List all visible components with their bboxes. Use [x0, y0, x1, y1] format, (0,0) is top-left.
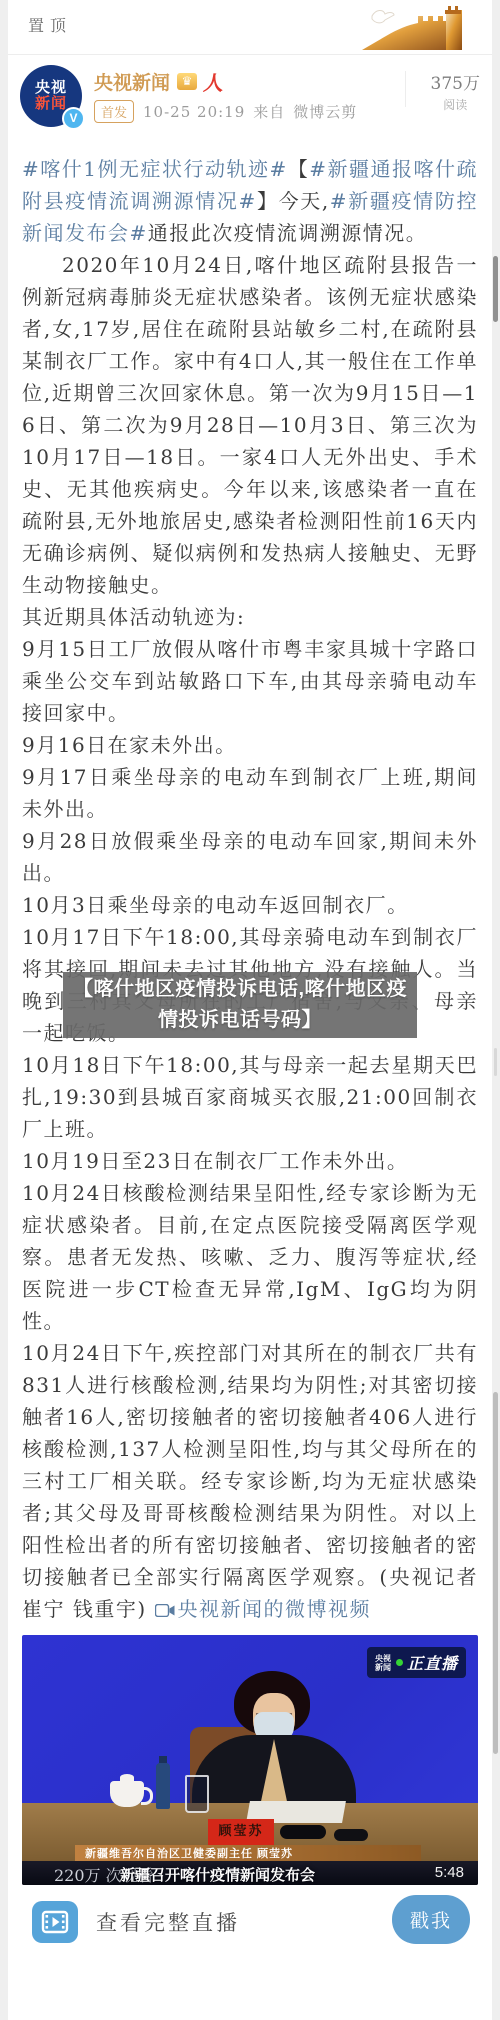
live-label: 正直播 [407, 1651, 458, 1674]
live-brand-line2: 新闻 [375, 1663, 391, 1672]
watermark-overlay: 【喀什地区疫情投诉电话,喀什地区疫情投诉电话号码】 [63, 972, 417, 1038]
film-play-icon [32, 1901, 78, 1943]
post-text-run: 其近期具体活动轨迹为: [22, 605, 245, 629]
post-text-run: 【 [288, 157, 310, 181]
post-text-run: 10月24日核酸检测结果呈阳性,经专家诊断为无症状感染者。目前,在定点医院接受隔… [22, 1181, 478, 1333]
scrollbar-thumb-top[interactable] [493, 256, 498, 322]
weibo-video-link[interactable]: 央视新闻的微博视频 [155, 1597, 372, 1621]
reads-label: 阅读 [431, 96, 480, 113]
pinned-label: 置顶 [28, 13, 72, 36]
post-text-run: 10月3日乘坐母亲的电动车返回制衣厂。 [22, 893, 409, 917]
source-link[interactable]: 微博云剪 [293, 101, 357, 122]
scrollbar-thumb-bottom[interactable] [493, 1392, 498, 1754]
hashtag-link[interactable]: #喀什1例无症状行动轨迹# [22, 157, 288, 181]
source-prefix: 来自 [253, 101, 285, 122]
full-live-row[interactable]: 查看完整直播 戳我 [8, 1885, 492, 1955]
paragraph: 10月24日下午,疾控部门对其所在的制衣厂共有831人进行核酸检测,结果均为阴性… [22, 1337, 478, 1625]
paragraph: 10月3日乘坐母亲的电动车返回制衣厂。 [22, 889, 478, 921]
video-title: 新疆召开喀什疫情新闻发布会 [120, 1864, 315, 1885]
name-placard: 顾莹苏 [208, 1819, 274, 1845]
avatar-text-line2: 新闻 [35, 96, 67, 112]
poke-me-button[interactable]: 戳我 [392, 1895, 470, 1944]
paragraph: 10月19日至23日在制衣厂工作未外出。 [22, 1145, 478, 1177]
reads-divider [405, 71, 406, 107]
post-body: #喀什1例无症状行动轨迹#【#新疆通报喀什疏附县疫情流调溯源情况#】今天,#新疆… [22, 153, 478, 1625]
video-camera-icon [155, 1604, 175, 1617]
post-text-run: 2020年10月24日,喀什地区疏附县报告一例新冠病毒肺炎无症状感染者。该例无症… [22, 253, 478, 597]
video-info-bar: 220万 次观看 新疆召开喀什疫情新闻发布会 5:48 [22, 1861, 478, 1885]
water-glass-graphic [185, 1775, 209, 1813]
paragraph: #喀什1例无症状行动轨迹#【#新疆通报喀什疏附县疫情流调溯源情况#】今天,#新疆… [22, 153, 478, 249]
avatar-text-line1: 央视 [35, 80, 67, 96]
speaker-caption-bar: 新疆维吾尔自治区卫健委副主任 顾莹苏 [75, 1845, 421, 1861]
post-text-run: 9月16日在家未外出。 [22, 733, 237, 757]
microphone2-graphic [334, 1829, 368, 1841]
teacup-graphic [110, 1781, 144, 1807]
reads-block: 375万 阅读 [431, 69, 480, 113]
scrollbar-mark [494, 1048, 497, 1076]
post-header: 央视 新闻 V 央视新闻 ♛ 人 首发 10-25 20:19 来自 微博云剪 … [8, 55, 492, 145]
live-brand-line1: 央视 [375, 1654, 391, 1663]
post-text-run: 通报此次疫情流调溯源情况。 [148, 221, 428, 245]
paragraph: 其近期具体活动轨迹为: [22, 601, 478, 633]
paragraph: 9月17日乘坐母亲的电动车到制衣厂上班,期间未外出。 [22, 761, 478, 825]
live-dot-icon [396, 1659, 403, 1666]
post-text-run: 9月17日乘坐母亲的电动车到制衣厂上班,期间未外出。 [22, 765, 478, 821]
paragraph: 9月28日放假乘坐母亲的电动车回家,期间未外出。 [22, 825, 478, 889]
full-live-label: 查看完整直播 [96, 1907, 240, 1937]
org-logo-icon: 人 [202, 67, 226, 96]
video-duration: 5:48 [435, 1864, 464, 1881]
post-text-run: 10月24日下午,疾控部门对其所在的制衣厂共有831人进行核酸检测,结果均为阴性… [22, 1341, 478, 1621]
post-text-run: 9月15日工厂放假从喀什市粤丰家具城十字路口乘坐公交车到站敏路口下车,由其母亲骑… [22, 637, 478, 725]
paragraph: 2020年10月24日,喀什地区疏附县报告一例新冠病毒肺炎无症状感染者。该例无症… [22, 249, 478, 601]
paragraph: 9月16日在家未外出。 [22, 729, 478, 761]
live-badge: 央视 新闻 正直播 [367, 1647, 466, 1678]
reads-count: 375万 [431, 69, 480, 94]
microphone-graphic [280, 1825, 326, 1839]
post-text-run: 10月18日下午18:00,其与母亲一起去星期天巴扎,19:30到县城百家商城买… [22, 1053, 478, 1141]
timestamp: 10-25 20:19 [143, 103, 245, 121]
post-text-run: 10月19日至23日在制衣厂工作未外出。 [22, 1149, 408, 1173]
post-text-run: 9月28日放假乘坐母亲的电动车回家,期间未外出。 [22, 829, 478, 885]
great-wall-decoration-icon [360, 2, 464, 50]
verified-badge-icon: V [62, 107, 85, 130]
paragraph: 9月15日工厂放假从喀什市粤丰家具城十字路口乘坐公交车到站敏路口下车,由其母亲骑… [22, 633, 478, 729]
paragraph: 10月24日核酸检测结果呈阳性,经专家诊断为无症状感染者。目前,在定点医院接受隔… [22, 1177, 478, 1337]
bottle-graphic [156, 1763, 170, 1809]
post-text-run: 】今天, [257, 189, 330, 213]
vip-crown-icon: ♛ [177, 73, 197, 90]
paragraph: 10月18日下午18:00,其与母亲一起去星期天巴扎,19:30到县城百家商城买… [22, 1049, 478, 1145]
pinned-topbar: 置顶 [8, 0, 492, 55]
video-player[interactable]: 央视 新闻 正直播 顾莹苏 新疆维吾尔自治区卫健委副主任 顾莹苏 [22, 1635, 478, 1885]
username[interactable]: 央视新闻 [94, 68, 170, 95]
dove-icon [372, 10, 394, 22]
speaker-caption: 新疆维吾尔自治区卫健委副主任 顾莹苏 [75, 1845, 293, 1861]
weibo-post-page: 置顶 央视 新闻 V [0, 0, 500, 2020]
first-release-badge: 首发 [94, 100, 134, 123]
